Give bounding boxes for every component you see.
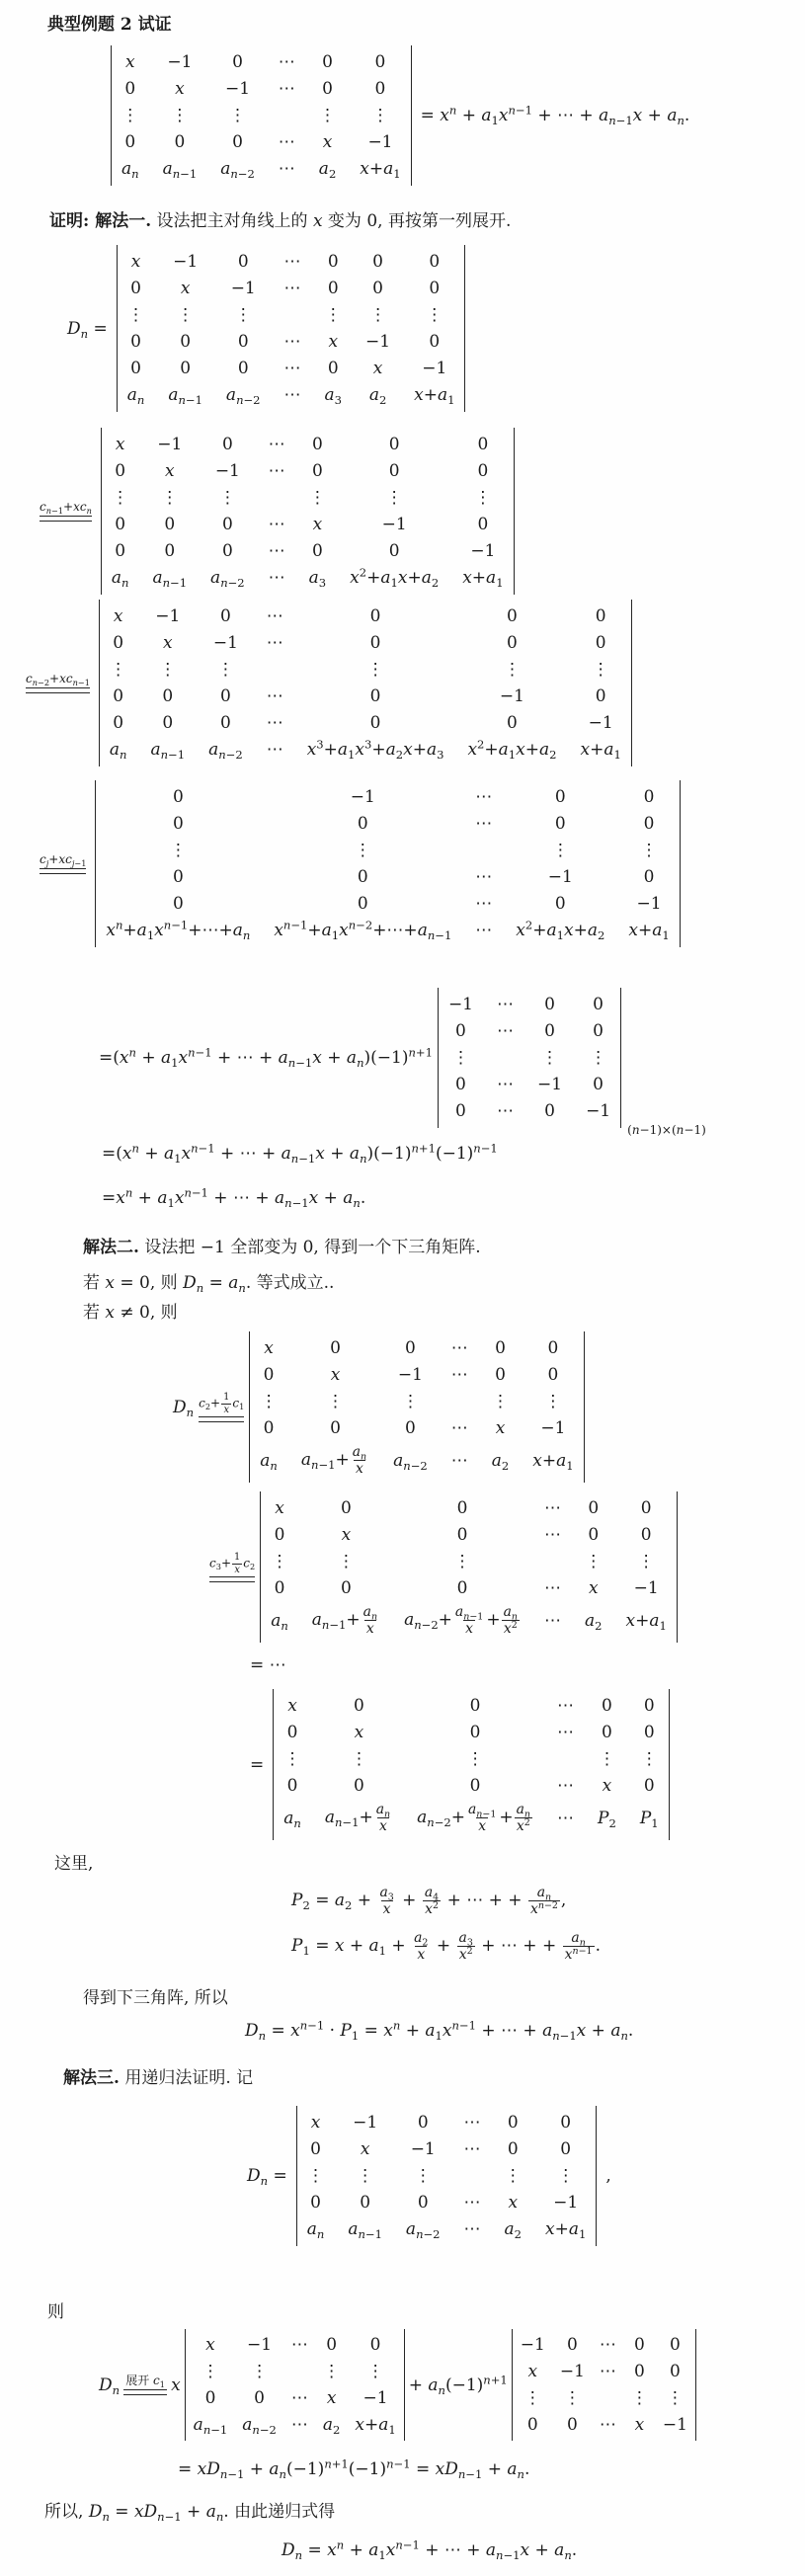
matrix-cell: ⋮ <box>667 2387 684 2409</box>
proof-label: 证明: 解法一. <box>49 211 151 231</box>
matrix-cell: x <box>125 51 135 73</box>
matrix-cell: ⋯ <box>291 2414 308 2436</box>
matrix-cell: an−2+an−1x+anx2 <box>417 1802 533 1834</box>
matrix-cell: ⋯ <box>464 2112 481 2133</box>
matrix-cell: ⋯ <box>284 278 301 299</box>
matrix-cell: ⋯ <box>269 567 285 589</box>
matrix-cell: ⋯ <box>269 540 285 562</box>
determinant-step2: x−10⋯0000x−1⋯000⋮⋮⋮⋮⋮⋮000⋯0−10000⋯00−1an… <box>99 600 632 766</box>
matrix-cell: ⋮ <box>402 1391 419 1412</box>
matrix-cell: ⋮ <box>454 1551 471 1572</box>
matrix-cell: x <box>342 1524 352 1546</box>
matrix-cell: −1 <box>213 632 238 654</box>
matrix-cell: 0 <box>328 278 339 299</box>
long-equals-cn2: cn−2+xcn−1 <box>26 673 90 692</box>
matrix-cell: 0 <box>222 434 233 455</box>
matrix-cell: ⋯ <box>557 1695 574 1717</box>
page-title: 典型例题 2 试证 <box>47 14 172 37</box>
matrix-cell: 0 <box>238 358 249 379</box>
matrix-cell: ⋯ <box>497 1100 514 1122</box>
matrix-cell: ⋮ <box>177 304 194 326</box>
matrix-cell: 0 <box>507 632 518 654</box>
matrix-cell: 0 <box>470 1695 481 1717</box>
matrix-cell: ⋯ <box>284 384 301 406</box>
matrix-cell: ⋮ <box>371 105 388 126</box>
long-equals-c3: c3+1xc2 <box>209 1552 255 1581</box>
matrix-cell: ⋯ <box>475 813 492 835</box>
matrix-cell: ⋮ <box>325 304 342 326</box>
matrix-cell: 0 <box>113 712 123 734</box>
matrix-cell: ⋮ <box>284 1748 301 1770</box>
matrix-cell: x <box>116 434 125 455</box>
matrix-cell: x <box>287 1695 297 1717</box>
matrix-cell: −1 <box>548 866 573 888</box>
matrix-cell: ⋮ <box>564 2387 581 2409</box>
matrix-cell: 0 <box>173 866 184 888</box>
matrix-cell: ⋮ <box>631 2387 648 2409</box>
matrix-cell: 0 <box>477 514 488 535</box>
matrix-cell: 0 <box>312 434 323 455</box>
matrix-cell: an <box>110 739 127 761</box>
matrix-cell: ⋯ <box>497 994 514 1015</box>
matrix-cell: 0 <box>596 685 606 707</box>
matrix-cell: −1 <box>173 251 198 273</box>
determinant-minor: −1⋯000⋯00⋮⋮⋮0⋯−100⋯0−1 <box>438 988 621 1128</box>
equals-sign: = <box>250 1755 264 1775</box>
matrix-cell: an−2 <box>210 567 245 589</box>
column-op-label: c2+1xc1 <box>199 1392 244 1415</box>
column-op-label: cn−1+xcn <box>40 501 92 515</box>
matrix-cell: x <box>114 605 123 627</box>
equation-line: Dn = xn + a1xn−1 + ⋯ + an−1x + an. <box>282 2540 577 2560</box>
matrix-cell: x <box>275 1497 284 1519</box>
matrix-cell: 0 <box>670 2334 681 2356</box>
long-equals-cj: cj+xcj−1 <box>40 853 86 873</box>
matrix-cell: −1 <box>634 1577 659 1599</box>
matrix-cell: 0 <box>455 1074 466 1095</box>
matrix-cell: x <box>528 2361 538 2382</box>
matrix-cell: an <box>127 384 145 406</box>
matrix-cell: ⋮ <box>504 659 521 681</box>
matrix-cell: 0 <box>370 2334 381 2356</box>
matrix-cell: 0 <box>588 1497 599 1519</box>
matrix-cell: 0 <box>548 1337 559 1359</box>
matrix-cell: 0 <box>372 251 383 273</box>
double-rule <box>40 868 86 874</box>
matrix-cell: ⋮ <box>467 1748 484 1770</box>
case-text: 若 x = 0, 则 Dn = an. 等式成立.. <box>83 1273 334 1293</box>
matrix-cell: −1 <box>560 2361 585 2382</box>
matrix-cell: ⋮ <box>415 2165 432 2187</box>
matrix-cell: an−2+an−1x+anx2 <box>404 1604 521 1637</box>
matrix-cell: 0 <box>113 685 123 707</box>
x-factor: x <box>171 2375 181 2395</box>
matrix-cell: 0 <box>477 434 488 455</box>
determinant-expansion-1: x−1⋯00⋮⋮⋮⋮00⋯x−1an−1an−2⋯a2x+a1 <box>185 2329 405 2441</box>
matrix-cell: −1 <box>589 712 613 734</box>
expansion-middle: + an(−1)n+1 <box>409 2375 508 2395</box>
matrix-cell: ⋮ <box>110 659 126 681</box>
matrix-cell: ⋯ <box>497 1074 514 1095</box>
matrix-cell: ⋯ <box>544 1577 561 1599</box>
matrix-cell: 0 <box>455 1020 466 1042</box>
matrix-cell: −1 <box>422 358 446 379</box>
matrix-cell: ⋮ <box>593 659 609 681</box>
matrix-cell: 0 <box>341 1497 352 1519</box>
matrix-cell: −1 <box>636 893 661 915</box>
matrix-cell: xn−1+a1xn−2+⋯+an−1 <box>274 920 451 941</box>
equation-statement: x−10⋯000x−1⋯00⋮⋮⋮⋮⋮000⋯x−1anan−1an−2⋯a2x… <box>111 45 689 186</box>
matrix-cell: 0 <box>220 605 231 627</box>
equation-dn-definition: Dn = x−10⋯0000x−1⋯000⋮⋮⋮⋮⋮⋮000⋯x−10000⋯0… <box>67 245 465 412</box>
matrix-cell: 0 <box>264 1364 275 1386</box>
matrix-cell: 0 <box>457 1524 468 1546</box>
matrix-cell: ⋮ <box>219 487 236 509</box>
matrix-cell: x <box>313 514 323 535</box>
matrix-cell: 0 <box>220 712 231 734</box>
matrix-cell: an−1+anx <box>325 1802 393 1834</box>
matrix-cell: ⋮ <box>161 487 178 509</box>
matrix-cell: ⋯ <box>267 685 283 707</box>
dn-lhs: Dn = <box>247 2166 287 2186</box>
matrix-cell: ⋯ <box>475 893 492 915</box>
double-rule <box>209 1576 255 1582</box>
matrix-cell: −1 <box>540 1417 565 1439</box>
matrix-cell: an−1+anx <box>301 1444 369 1477</box>
matrix-cell: an−1 <box>163 158 198 180</box>
matrix-cell: ⋯ <box>284 251 301 273</box>
matrix-cell: ⋯ <box>267 605 283 627</box>
equation-line: P1 = x + a1 + a2x + a3x2 + ⋯ + + anxn−1. <box>291 1930 601 1963</box>
matrix-cell: ⋯ <box>600 2334 616 2356</box>
matrix-cell: an−2 <box>393 1450 428 1472</box>
matrix-cell: 0 <box>222 540 233 562</box>
equation-ellipsis: = ⋯ <box>250 1655 286 1675</box>
matrix-cell: 0 <box>375 51 386 73</box>
matrix-cell: 0 <box>330 1417 341 1439</box>
matrix-cell: a2 <box>585 1610 603 1632</box>
matrix-cell: 0 <box>634 2334 645 2356</box>
dn-lhs: Dn <box>173 1398 194 1417</box>
equation-method2-step1: Dn c2+1xc1 x00⋯000x−1⋯00⋮⋮⋮⋮⋮000⋯x−1anan… <box>173 1331 585 1483</box>
matrix-cell: x+a1 <box>414 384 454 406</box>
long-equals-cn1: cn−1+xcn <box>40 501 92 521</box>
determinant-dn: x−10⋯0000x−1⋯000⋮⋮⋮⋮⋮⋮000⋯x−10000⋯0x−1an… <box>117 245 466 412</box>
case-text: 若 x ≠ 0, 则 <box>83 1303 178 1323</box>
matrix-cell: 0 <box>634 2361 645 2382</box>
matrix-cell: ⋮ <box>159 659 176 681</box>
equation-step-cn2: cn−2+xcn−1 x−10⋯0000x−1⋯000⋮⋮⋮⋮⋮⋮000⋯0−1… <box>26 600 632 766</box>
determinant-m2-step2: x00⋯000x0⋯00⋮⋮⋮⋮⋮000⋯x−1anan−1+anxan−2+a… <box>260 1491 678 1643</box>
matrix-cell: 0 <box>389 434 400 455</box>
matrix-cell: 0 <box>588 1524 599 1546</box>
matrix-cell: −1 <box>470 540 495 562</box>
matrix-cell: ⋯ <box>557 1722 574 1743</box>
matrix-cell: x <box>327 2387 337 2409</box>
matrix-cell: −1 <box>225 78 250 100</box>
matrix-cell: a2 <box>492 1450 510 1472</box>
matrix-cell: 0 <box>238 331 249 353</box>
matrix-cell: x <box>323 131 333 153</box>
matrix-cell: 0 <box>644 1695 655 1717</box>
matrix-cell: x3+a1x3+a2x+a3 <box>307 739 444 761</box>
matrix-cell: 0 <box>470 1722 481 1743</box>
equation-line: = ⋯ <box>250 1655 286 1675</box>
method3-paragraph: 解法三. 用递归法证明. 记 <box>63 2067 253 2090</box>
matrix-cell: ⋯ <box>600 2414 616 2436</box>
matrix-cell: 0 <box>173 893 184 915</box>
matrix-cell: 0 <box>389 540 400 562</box>
matrix-cell: ⋯ <box>284 358 301 379</box>
matrix-cell: 0 <box>232 131 243 153</box>
matrix-cell: −1 <box>663 2414 687 2436</box>
determinant-m3: x−10⋯000x−1⋯00⋮⋮⋮⋮⋮000⋯x−1anan−1an−2⋯a2x… <box>296 2106 598 2246</box>
matrix-cell: an−2 <box>226 384 261 406</box>
case-x-zero: 若 x = 0, 则 Dn = an. 等式成立.. <box>83 1272 334 1295</box>
determinant-step1: x−10⋯0000x−1⋯000⋮⋮⋮⋮⋮⋮000⋯x−10000⋯00−1an… <box>101 428 515 595</box>
matrix-cell: an−2 <box>208 739 243 761</box>
matrix-cell: a2 <box>323 2414 341 2436</box>
matrix-cell: ⋮ <box>121 105 138 126</box>
matrix-cell: ⋮ <box>127 304 144 326</box>
matrix-cell: 0 <box>495 1364 506 1386</box>
equation-sign-product: =(xn + a1xn−1 + ⋯ + an−1x + an)(−1)n+1(−… <box>102 1144 498 1164</box>
matrix-cell: 0 <box>596 605 606 627</box>
matrix-cell: x <box>496 1417 506 1439</box>
matrix-cell: a3 <box>325 384 343 406</box>
matrix-cell: ⋮ <box>552 840 569 861</box>
equation-line: =(xn + a1xn−1 + ⋯ + an−1x + an)(−1)n+1(−… <box>102 1144 498 1164</box>
proof-text: 设法把主对角线上的 x 变为 0, 再按第一列展开. <box>157 211 512 231</box>
matrix-cell: 0 <box>593 1020 604 1042</box>
matrix-cell: x+a1 <box>625 1610 666 1632</box>
matrix-cell: ⋮ <box>369 304 386 326</box>
matrix-cell: 0 <box>593 1074 604 1095</box>
matrix-cell: 0 <box>560 2138 571 2160</box>
determinant-m2-final: x00⋯000x0⋯00⋮⋮⋮⋮⋮000⋯x0anan−1+anxan−2+an… <box>273 1689 669 1840</box>
matrix-cell: 0 <box>115 460 125 482</box>
matrix-cell: 0 <box>220 685 231 707</box>
matrix-cell: 0 <box>130 358 141 379</box>
matrix-cell: xn+a1xn−1+⋯+an <box>106 920 250 941</box>
determinant-m2-step1: x00⋯000x−1⋯00⋮⋮⋮⋮⋮000⋯x−1anan−1+anxan−2⋯… <box>249 1331 584 1483</box>
matrix-cell: ⋮ <box>309 487 326 509</box>
matrix-cell: 0 <box>113 632 123 654</box>
matrix-cell: a3 <box>309 567 327 589</box>
matrix-cell: an−1 <box>194 2414 228 2436</box>
matrix-cell: ⋯ <box>544 1524 561 1546</box>
matrix-cell: 0 <box>508 2112 519 2133</box>
matrix-cell: ⋮ <box>524 2387 541 2409</box>
matrix-cell: 0 <box>418 2192 429 2214</box>
matrix-cell: ⋮ <box>541 1047 558 1069</box>
equation-line: = xDn−1 + an(−1)n+1(−1)n−1 = xDn−1 + an. <box>178 2459 529 2479</box>
matrix-cell: an <box>283 1808 301 1829</box>
matrix-cell: ⋯ <box>267 739 283 761</box>
then-text: 则 <box>47 2302 64 2322</box>
matrix-cell: x+a1 <box>545 2218 586 2240</box>
matrix-cell: x <box>361 2138 370 2160</box>
matrix-cell: 0 <box>173 813 184 835</box>
matrix-cell: a2 <box>505 2218 523 2240</box>
matrix-cell: −1 <box>382 514 407 535</box>
matrix-cell: 0 <box>644 1775 655 1797</box>
matrix-cell: −1 <box>247 2334 272 2356</box>
matrix-cell: an−1+anx <box>312 1604 380 1637</box>
matrix-cell: 0 <box>310 2192 321 2214</box>
matrix-cell: 0 <box>322 78 333 100</box>
matrix-cell: 0 <box>405 1417 416 1439</box>
matrix-cell: x <box>589 1577 599 1599</box>
matrix-cell: ⋯ <box>464 2218 481 2240</box>
matrix-cell: x <box>603 1775 612 1797</box>
matrix-cell: ⋮ <box>492 1391 509 1412</box>
matrix-cell: ⋮ <box>170 840 187 861</box>
matrix-cell: ⋮ <box>590 1047 606 1069</box>
matrix-cell: an <box>307 2218 325 2240</box>
matrix-cell: P2 <box>598 1808 616 1829</box>
matrix-cell: ⋮ <box>641 840 658 861</box>
matrix-cell: ⋯ <box>475 920 492 941</box>
matrix-cell: an−1 <box>348 2218 382 2240</box>
equation-line: Dn = xn−1 · P1 = xn + a1xn−1 + ⋯ + an−1x… <box>245 2021 633 2041</box>
equation-recursion: = xDn−1 + an(−1)n+1(−1)n−1 = xDn−1 + an. <box>178 2459 529 2479</box>
factor-prefix: =(xn + a1xn−1 + ⋯ + an−1x + an)(−1)n+1 <box>99 1048 433 1068</box>
equation-method2-final-det: = x00⋯000x0⋯00⋮⋮⋮⋮⋮000⋯x0anan−1+anxan−2+… <box>250 1689 670 1840</box>
matrix-cell: 0 <box>641 1497 652 1519</box>
matrix-cell: x <box>355 1722 364 1743</box>
matrix-cell: ⋮ <box>641 1748 658 1770</box>
here-paragraph: 这里, <box>54 1853 93 1876</box>
matrix-cell: ⋯ <box>279 131 295 153</box>
equation-p1: P1 = x + a1 + a2x + a3x2 + ⋯ + + anxn−1. <box>291 1930 601 1963</box>
method3-text: 用递归法证明. 记 <box>124 2068 253 2088</box>
matrix-cell: 0 <box>670 2361 681 2382</box>
matrix-cell: 0 <box>328 251 339 273</box>
matrix-cell: x+a1 <box>462 567 503 589</box>
matrix-cell: 0 <box>180 331 191 353</box>
matrix-cell: ⋯ <box>557 1808 574 1829</box>
matrix-cell: 0 <box>457 1577 468 1599</box>
matrix-cell: 0 <box>370 685 381 707</box>
matrix-cell: 0 <box>429 278 440 299</box>
matrix-cell: ⋯ <box>267 712 283 734</box>
matrix-cell: 0 <box>254 2387 265 2409</box>
matrix-cell: x <box>205 2334 215 2356</box>
matrix-cell: 0 <box>544 1100 555 1122</box>
matrix-cell: 0 <box>470 1775 481 1797</box>
matrix-cell: ⋮ <box>327 1391 344 1412</box>
long-equals-c2: c2+1xc1 <box>199 1392 244 1421</box>
matrix-cell: 0 <box>527 2414 538 2436</box>
equation-method3-definition: Dn = x−10⋯000x−1⋯00⋮⋮⋮⋮⋮000⋯x−1anan−1an−… <box>247 2106 611 2246</box>
matrix-cell: 0 <box>115 540 125 562</box>
matrix-cell: ⋮ <box>112 487 128 509</box>
column-op-label: c3+1xc2 <box>209 1552 255 1575</box>
matrix-cell: 0 <box>372 278 383 299</box>
matrix-cell: ⋮ <box>217 659 234 681</box>
matrix-cell: 0 <box>162 712 173 734</box>
matrix-cell: 0 <box>328 358 339 379</box>
matrix-cell: ⋯ <box>269 460 285 482</box>
matrix-cell: x+a1 <box>532 1450 573 1472</box>
matrix-cell: −1 <box>586 1100 610 1122</box>
matrix-cell: ⋯ <box>451 1337 468 1359</box>
matrix-cell: 0 <box>495 1337 506 1359</box>
matrix-cell: 0 <box>644 1722 655 1743</box>
matrix-cell: 0 <box>222 514 233 535</box>
equation-line: P2 = a2 + a3x + a4x2 + ⋯ + + anxn−2, <box>291 1885 566 1917</box>
matrix-cell: 0 <box>275 1577 285 1599</box>
matrix-cell: 0 <box>507 605 518 627</box>
column-op-label: cn−2+xcn−1 <box>26 673 90 686</box>
determinant-expansion-2: −10⋯00x−1⋯00⋮⋮⋮⋮00⋯x−1 <box>512 2329 696 2441</box>
matrix-cell: −1 <box>398 1364 423 1386</box>
matrix-cell: 0 <box>602 1722 612 1743</box>
matrix-cell: ⋮ <box>557 2165 574 2187</box>
then-paragraph: 则 <box>47 2301 64 2324</box>
matrix-cell: ⋮ <box>319 105 336 126</box>
matrix-cell: ⋯ <box>291 2334 308 2356</box>
matrix-cell: x <box>328 331 338 353</box>
matrix-cell: 0 <box>418 2112 429 2133</box>
matrix-cell: 0 <box>124 131 135 153</box>
matrix-cell: ⋯ <box>291 2387 308 2409</box>
matrix-cell: −1 <box>215 460 240 482</box>
matrix-cell: x <box>165 460 175 482</box>
matrix-cell: ⋯ <box>451 1417 468 1439</box>
determinant-statement: x−10⋯000x−1⋯00⋮⋮⋮⋮⋮000⋯x−1anan−1an−2⋯a2x… <box>111 45 412 186</box>
matrix-cell: ⋯ <box>451 1364 468 1386</box>
matrix-cell: ⋯ <box>600 2361 616 2382</box>
matrix-cell: an−1 <box>152 567 187 589</box>
method2-paragraph: 解法二. 设法把 −1 全部变为 0, 得到一个下三角矩阵. <box>83 1237 481 1259</box>
matrix-cell: ⋯ <box>464 2192 481 2214</box>
matrix-cell: 0 <box>341 1577 352 1599</box>
equation-final-result: Dn = xn + a1xn−1 + ⋯ + an−1x + an. <box>282 2540 577 2560</box>
matrix-cell: ⋯ <box>269 514 285 535</box>
matrix-cell: 0 <box>162 685 173 707</box>
case-x-nonzero: 若 x ≠ 0, 则 <box>83 1302 178 1325</box>
matrix-cell: 0 <box>370 605 381 627</box>
matrix-cell: an−2 <box>406 2218 441 2240</box>
matrix-cell: −1 <box>365 331 390 353</box>
method3-label: 解法三. <box>63 2068 120 2088</box>
matrix-cell: 0 <box>455 1100 466 1122</box>
matrix-cell: 0 <box>544 994 555 1015</box>
matrix-cell: 0 <box>130 331 141 353</box>
matrix-cell: ⋮ <box>323 2361 340 2382</box>
matrix-cell: x+a1 <box>360 158 400 180</box>
matrix-cell: 0 <box>115 514 125 535</box>
matrix-cell: ⋯ <box>284 331 301 353</box>
matrix-cell: 0 <box>644 786 655 808</box>
matrix-cell: ⋮ <box>544 1391 561 1412</box>
matrix-cell: ⋯ <box>279 158 295 180</box>
matrix-cell: an <box>112 567 129 589</box>
matrix-cell: ⋯ <box>464 2138 481 2160</box>
matrix-cell: x2+a1x+a2 <box>467 739 556 761</box>
matrix-cell: 0 <box>644 813 655 835</box>
matrix-cell: 0 <box>130 278 141 299</box>
matrix-cell: ⋯ <box>497 1020 514 1042</box>
matrix-cell: ⋮ <box>307 2165 324 2187</box>
matrix-cell: ⋯ <box>279 78 295 100</box>
matrix-cell: ⋮ <box>251 2361 268 2382</box>
matrix-cell: ⋯ <box>451 1450 468 1472</box>
method2-label: 解法二. <box>83 1238 139 1257</box>
matrix-cell: ⋮ <box>585 1551 602 1572</box>
